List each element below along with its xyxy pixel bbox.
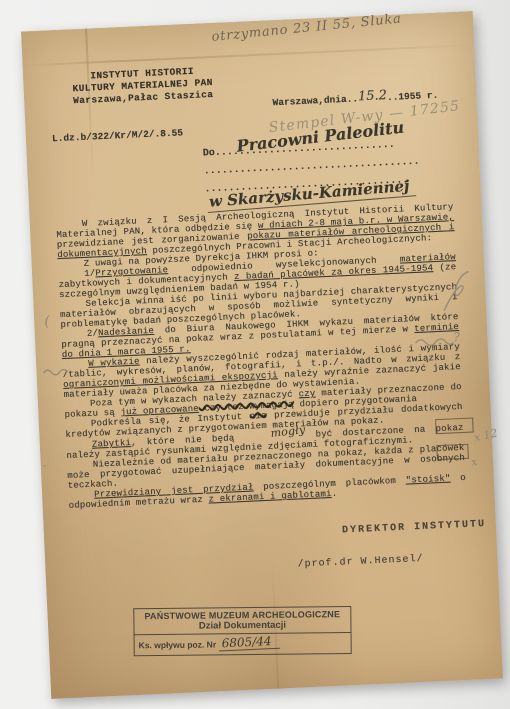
letterhead-stamp: INSTYTUT HISTORII KULTURY MATERIALNEJ PA… bbox=[49, 64, 236, 108]
pencil-left-wave bbox=[42, 366, 68, 377]
letter-sheet: otrzymano 23 II 55, Sluka INSTYTUT HISTO… bbox=[21, 11, 503, 699]
margin-pencil-x: x bbox=[470, 455, 478, 469]
museum-receipt-stamp: PAŃSTWOWE MUZEUM ARCHEOLOGICZNE Dział Do… bbox=[133, 606, 351, 656]
signature-name: /prof.dr W.Hensel/ bbox=[297, 554, 423, 571]
margin-pencil-dash: - bbox=[42, 459, 46, 472]
pencil-word-box bbox=[435, 417, 474, 434]
underlined-text: "stoisk" bbox=[405, 474, 450, 486]
handwritten-date: 15.2 bbox=[358, 88, 388, 104]
received-handwritten-note: otrzymano 23 II 55, Sluka bbox=[211, 11, 402, 45]
photo-backdrop: otrzymano 23 II 55, Sluka INSTYTUT HISTO… bbox=[0, 0, 510, 709]
addressee-block: Do.............................. .......… bbox=[202, 135, 444, 200]
stamp-registry-label: Ks. wpływu poz. Nr bbox=[139, 639, 217, 650]
stamp-registry-row: Ks. wpływu poz. Nr 6805/44 bbox=[135, 632, 351, 655]
pencil-squiggle-loop bbox=[438, 269, 474, 314]
dateline-prefix: Warszawa,dnia.. bbox=[272, 93, 358, 108]
body-text-segment: . bbox=[331, 489, 337, 499]
margin-pencil-x12: x 12 bbox=[473, 427, 499, 445]
stamp-registry-number-handwritten: 6805/44 bbox=[218, 634, 279, 652]
pencil-wavy-line bbox=[413, 334, 456, 348]
letter-body: W związku z I Sesją Archeologiczną Insty… bbox=[56, 202, 467, 511]
stamp-department: Dział Dokumentacji bbox=[134, 619, 350, 632]
signature-title: DYREKTOR INSTYTUTU bbox=[342, 519, 486, 537]
body-text-segment: 1/ bbox=[84, 268, 96, 278]
reference-number: L.dz.b/322/Kr/M/2/.8.55 bbox=[52, 127, 183, 144]
addressee-label: Do bbox=[203, 148, 216, 160]
margin-pencil-paren: ( bbox=[44, 314, 50, 330]
fold-crease-horizontal bbox=[23, 44, 475, 67]
pencil-word-box bbox=[436, 444, 469, 460]
body-text-segment: 2/ bbox=[87, 328, 99, 338]
